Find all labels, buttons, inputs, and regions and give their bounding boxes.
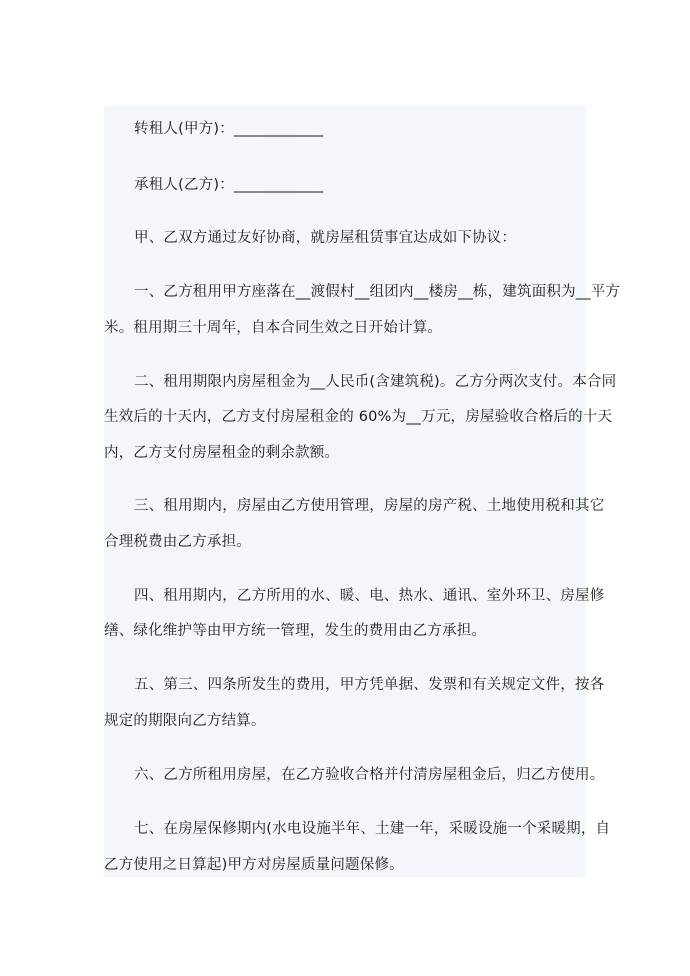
clause-7-line-2: 乙方使用之日算起)甲方对房屋质量问题保修。 [104,856,404,874]
clause-3-line-2: 合理税费由乙方承担。 [104,533,251,551]
sublessee-line: 承租人(乙方)：____________ [134,176,323,194]
clause-4-line-2: 缮、绿化维护等由甲方统一管理，发生的费用由乙方承担。 [104,622,486,640]
clause-1-line-2: 米。租用期三十周年，自本合同生效之日开始计算。 [104,319,442,337]
clause-3-line-1: 三、租用期内，房屋由乙方使用管理，房屋的房产税、土地使用税和其它 [134,497,604,515]
document-page [104,106,586,877]
clause-1-line-1: 一、乙方租用甲方座落在__渡假村__组团内__楼房__栋，建筑面积为__平方 [134,283,620,301]
clause-7-line-1: 七、在房屋保修期内(水电设施半年、土建一年，采暖设施一个采暖期，自 [134,820,610,838]
intro-paragraph: 甲、乙双方通过友好协商，就房屋租赁事宜达成如下协议： [134,229,516,247]
clause-2-line-1: 二、租用期限内房屋租金为__人民币(含建筑税)。乙方分两次支付。本合同 [134,373,616,391]
sublessor-line: 转租人(甲方)：____________ [134,120,323,138]
clause-5-line-1: 五、第三、四条所发生的费用，甲方凭单据、发票和有关规定文件，按各 [134,676,604,694]
clause-4-line-1: 四、租用期内，乙方所用的水、暖、电、热水、通讯、室外环卫、房屋修 [134,587,604,605]
clause-2-line-2: 生效后的十天内，乙方支付房屋租金的 60%为__万元，房屋验收合格后的十天 [104,408,612,426]
clause-2-line-3: 内，乙方支付房屋租金的剩余款额。 [104,444,339,462]
clause-5-line-2: 规定的期限向乙方结算。 [104,712,266,730]
clause-6-line-1: 六、乙方所租用房屋，在乙方验收合格并付清房屋租金后，归乙方使用。 [134,766,604,784]
